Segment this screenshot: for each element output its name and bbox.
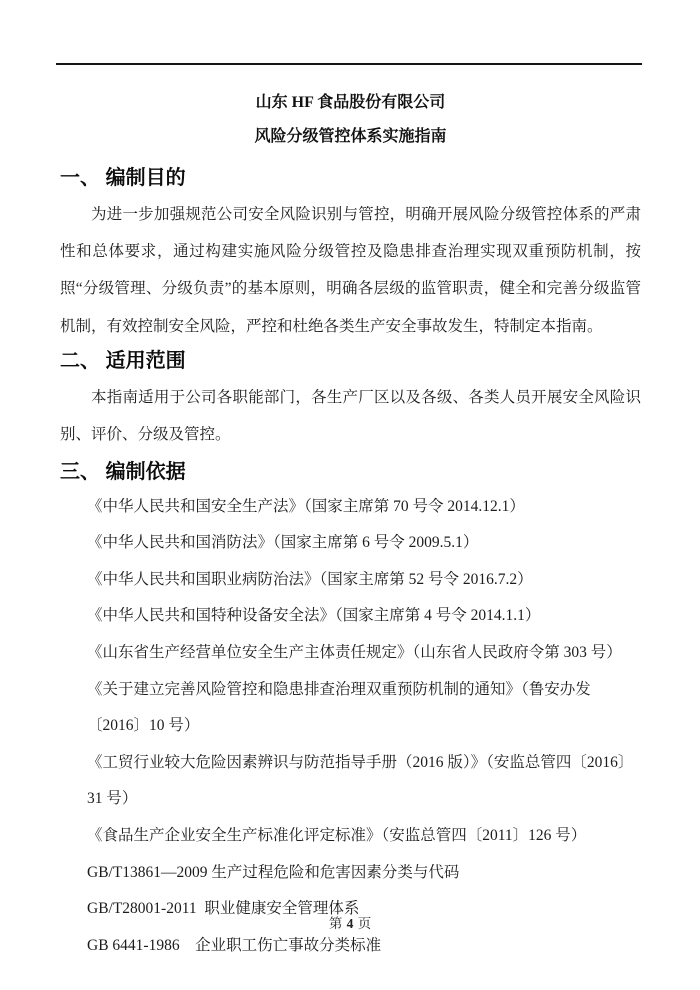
- reference-item: 《中华人民共和国消防法》（国家主席第 6 号令 2009.5.1）: [60, 525, 641, 562]
- section-number-3: 三、: [60, 461, 100, 483]
- section-heading-1: 一、编制目的: [60, 165, 641, 192]
- section-title-1: 编制目的: [106, 167, 186, 189]
- reference-item: 《中华人民共和国职业病防治法》（国家主席第 52 号令 2016.7.2）: [60, 562, 641, 599]
- section-title-3: 编制依据: [106, 461, 186, 483]
- document-content: 山东 HF 食品股份有限公司 风险分级管控体系实施指南 一、编制目的 为进一步加…: [60, 0, 641, 964]
- page-number: 4: [347, 916, 354, 931]
- section-title-2: 适用范围: [106, 350, 186, 372]
- document-title: 风险分级管控体系实施指南: [60, 126, 641, 148]
- section-1-paragraph: 为进一步加强规范公司安全风险识别与管控，明确开展风险分级管控体系的严肃性和总体要…: [60, 196, 641, 345]
- section-number-2: 二、: [60, 350, 100, 372]
- reference-item: 《关于建立完善风险管控和隐患排查治理双重预防机制的通知》（鲁安办发〔2016〕1…: [60, 672, 641, 745]
- reference-item: 《中华人民共和国特种设备安全法》（国家主席第 4 号令 2014.1.1）: [60, 598, 641, 635]
- section-heading-3: 三、编制依据: [60, 459, 641, 486]
- section-heading-2: 二、适用范围: [60, 348, 641, 375]
- reference-item: 《食品生产企业安全生产标准化评定标准》（安监总管四〔2011〕126 号）: [60, 818, 641, 855]
- footer-prefix: 第: [329, 916, 343, 931]
- page-footer: 第4页: [0, 914, 700, 934]
- company-title: 山东 HF 食品股份有限公司: [60, 92, 641, 114]
- reference-list: 《中华人民共和国安全生产法》（国家主席第 70 号令 2014.12.1） 《中…: [60, 489, 641, 965]
- reference-item: 《山东省生产经营单位安全生产主体责任规定》（山东省人民政府令第 303 号）: [60, 635, 641, 672]
- footer-suffix: 页: [358, 916, 372, 931]
- reference-item: GB/T13861—2009 生产过程危险和危害因素分类与代码: [60, 855, 641, 892]
- section-2-paragraph: 本指南适用于公司各职能部门，各生产厂区以及各级、各类人员开展安全风险识别、评价、…: [60, 379, 641, 453]
- reference-item: 《工贸行业较大危险因素辨识与防范指导手册（2016 版）》（安监总管四〔2016…: [60, 745, 641, 818]
- reference-item: 《中华人民共和国安全生产法》（国家主席第 70 号令 2014.12.1）: [60, 489, 641, 526]
- document-page: 山东 HF 食品股份有限公司 风险分级管控体系实施指南 一、编制目的 为进一步加…: [0, 0, 700, 990]
- section-number-1: 一、: [60, 167, 100, 189]
